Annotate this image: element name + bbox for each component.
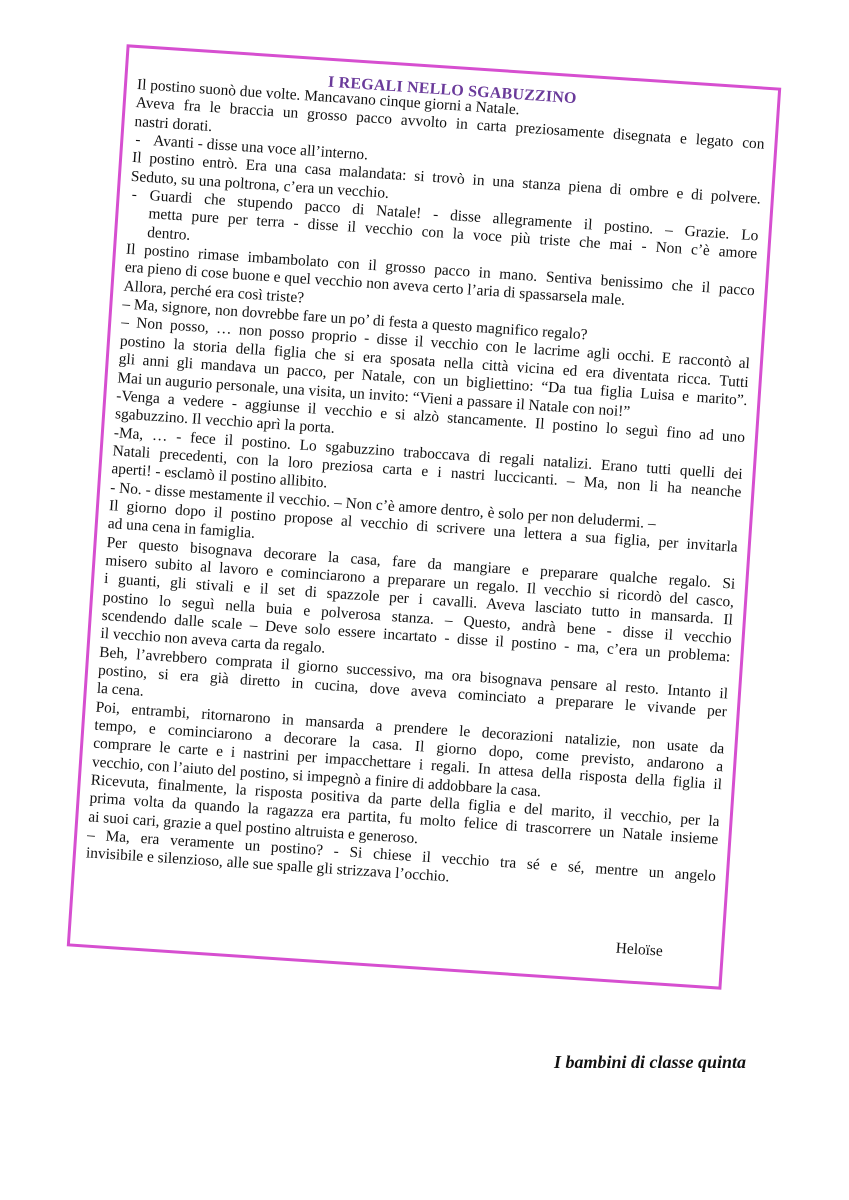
dialogue-dash: -: [131, 186, 137, 205]
story-box: I REGALI NELLO SGABUZZINO Il postino suo…: [67, 44, 781, 989]
story-body: I REGALI NELLO SGABUZZINO Il postino suo…: [85, 62, 767, 905]
dialogue-dash: -: [135, 131, 141, 150]
class-credit: I bambini di classe quinta: [554, 1052, 746, 1073]
story-lines: Il postino suonò due volte. Mancavano ci…: [85, 76, 766, 905]
author-signature: Heloïse: [615, 940, 663, 961]
